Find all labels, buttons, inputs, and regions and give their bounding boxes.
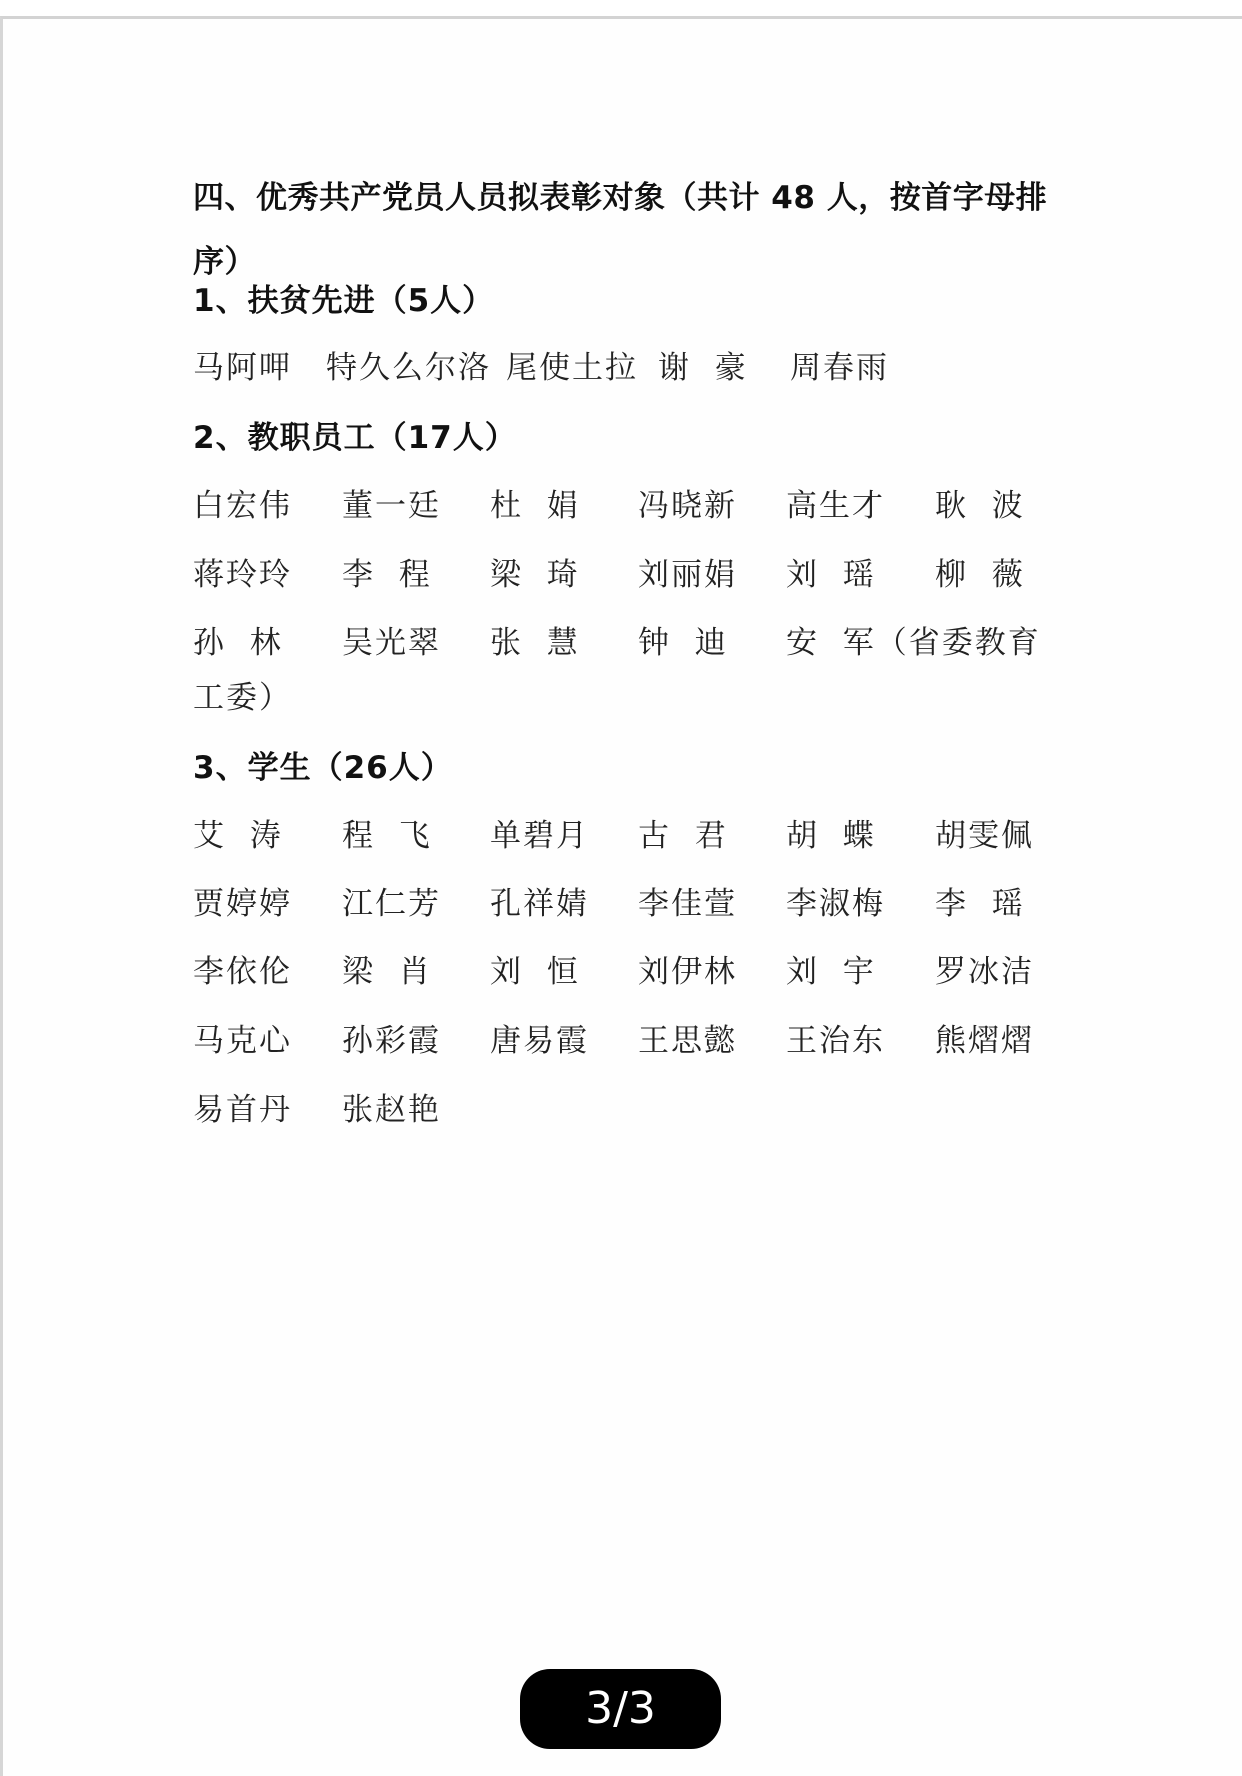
list-item-name: 蒋玲玲	[193, 555, 292, 595]
list-item-name: 李淑梅	[786, 884, 885, 924]
list-item-name: 胡 蝶	[786, 816, 876, 856]
list-item-name: 李 程	[342, 555, 432, 595]
list-item-name: 唐易霞	[490, 1021, 589, 1061]
list-item-name: 程 飞	[342, 816, 432, 856]
list-item-name: 李佳萱	[638, 884, 737, 924]
list-item-name: 刘 瑶	[786, 555, 876, 595]
list-item-name: 安 军（省委教育	[786, 623, 1041, 663]
list-item-name: 王思懿	[638, 1021, 737, 1061]
list-item-name: 罗冰洁	[935, 952, 1034, 992]
list-item-name: 张 慧	[490, 623, 580, 663]
list-item-name: 张赵艳	[342, 1090, 441, 1130]
list-item-name: 熊熠熠	[935, 1021, 1034, 1061]
list-item-name: 胡雯佩	[935, 816, 1034, 856]
name-row: 艾 涛 程 飞 单碧月 古 君 胡 蝶 胡雯佩	[193, 816, 1093, 856]
page-title: 四、优秀共产党员人员拟表彰对象（共计 48 人，按首字母排 序）	[193, 166, 1073, 294]
document-page[interactable]: 四、优秀共产党员人员拟表彰对象（共计 48 人，按首字母排 序） 1、扶贫先进（…	[0, 16, 1242, 1776]
list-item-name: 特久么尔洛	[326, 348, 491, 388]
list-item-name: 吴光翠	[342, 623, 441, 663]
section-heading-students: 3、学生（26人）	[193, 748, 453, 788]
list-item-name: 单碧月	[490, 816, 589, 856]
list-item-name: 尾使土拉	[506, 348, 638, 388]
list-item-name: 刘 宇	[786, 952, 876, 992]
section-heading-staff: 2、教职员工（17人）	[193, 418, 517, 458]
list-item-name: 贾婷婷	[193, 884, 292, 924]
name-continuation: 工委）	[193, 678, 292, 718]
name-row: 马克心 孙彩霞 唐易霞 王思懿 王治东 熊熠熠	[193, 1021, 1093, 1061]
list-item-name: 杜 娟	[490, 486, 580, 526]
list-item-name: 刘丽娟	[638, 555, 737, 595]
name-row: 马阿呷 特久么尔洛 尾使土拉 谢 豪 周春雨	[193, 348, 1093, 388]
viewer-top-margin	[0, 0, 1242, 16]
list-item-name: 梁 琦	[490, 555, 580, 595]
list-item-name: 刘伊林	[638, 952, 737, 992]
list-item-name: 耿 波	[935, 486, 1025, 526]
list-item-name: 白宏伟	[193, 486, 292, 526]
title-line-1: 四、优秀共产党员人员拟表彰对象（共计 48 人，按首字母排	[193, 166, 1073, 230]
list-item-name: 易首丹	[193, 1090, 292, 1130]
list-item-name: 马阿呷	[193, 348, 292, 388]
list-item-name: 周春雨	[790, 348, 889, 388]
list-item-name: 冯晓新	[638, 486, 737, 526]
list-item-name: 古 君	[638, 816, 728, 856]
section-heading-poverty-alleviation: 1、扶贫先进（5人）	[193, 281, 494, 321]
list-item-name: 孙 林	[193, 623, 283, 663]
list-item-name: 高生才	[786, 486, 885, 526]
name-row: 白宏伟 董一廷 杜 娟 冯晓新 高生才 耿 波	[193, 486, 1093, 526]
name-row: 贾婷婷 江仁芳 孔祥婧 李佳萱 李淑梅 李 瑶	[193, 884, 1093, 924]
list-item-name: 梁 肖	[342, 952, 432, 992]
list-item-name: 柳 薇	[935, 555, 1025, 595]
list-item-name: 孙彩霞	[342, 1021, 441, 1061]
name-row: 易首丹 张赵艳	[193, 1090, 1093, 1130]
list-item-name: 艾 涛	[193, 816, 283, 856]
name-row: 蒋玲玲 李 程 梁 琦 刘丽娟 刘 瑶 柳 薇	[193, 555, 1093, 595]
list-item-name: 谢 豪	[658, 348, 748, 388]
list-item-name: 孔祥婧	[490, 884, 589, 924]
name-row: 孙 林 吴光翠 张 慧 钟 迪 安 军（省委教育	[193, 623, 1093, 663]
list-item-name: 江仁芳	[342, 884, 441, 924]
list-item-name: 钟 迪	[638, 623, 728, 663]
page-indicator-badge: 3/3	[520, 1669, 721, 1749]
list-item-name: 刘 恒	[490, 952, 580, 992]
list-item-name: 董一廷	[342, 486, 441, 526]
list-item-name: 李 瑶	[935, 884, 1025, 924]
name-row: 李依伦 梁 肖 刘 恒 刘伊林 刘 宇 罗冰洁	[193, 952, 1093, 992]
list-item-name: 李依伦	[193, 952, 292, 992]
list-item-name: 马克心	[193, 1021, 292, 1061]
list-item-name: 王治东	[786, 1021, 885, 1061]
